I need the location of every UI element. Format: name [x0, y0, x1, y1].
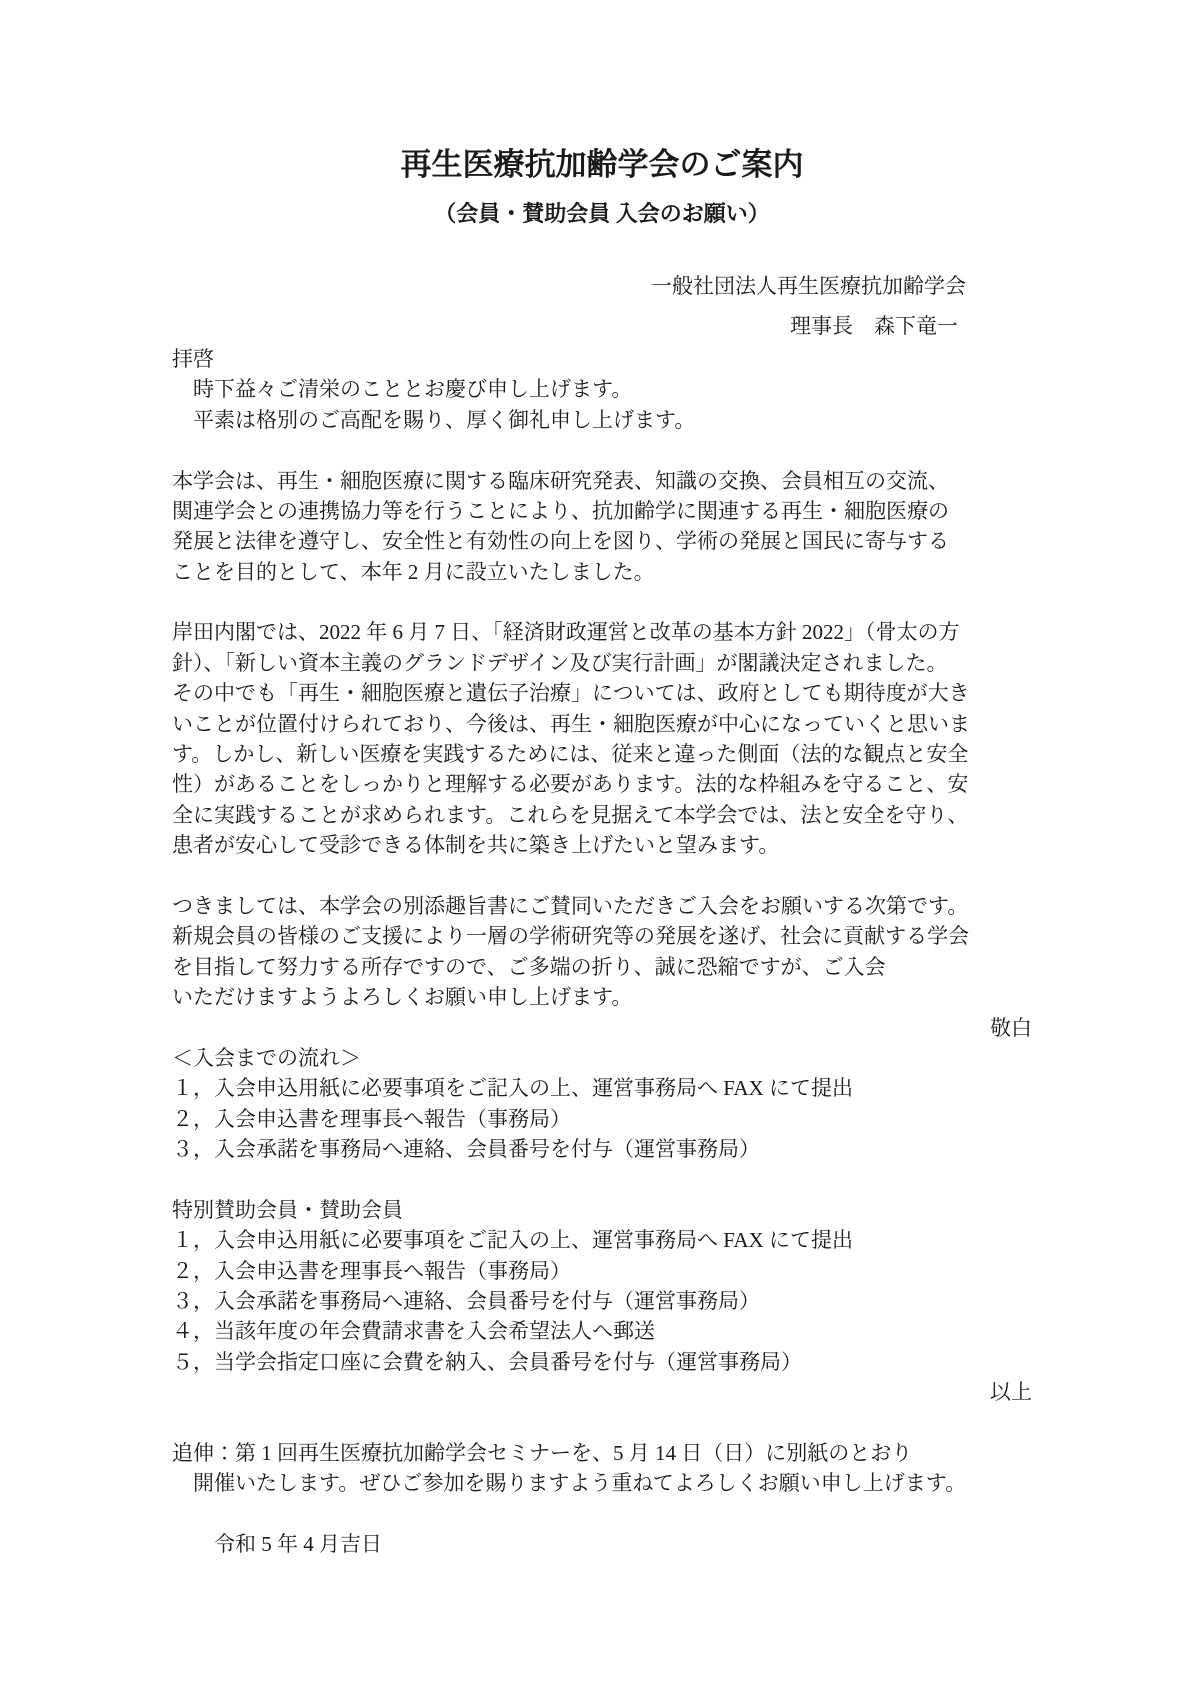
letter-line: 発展と法律を遵守し、安全性と有効性の向上を図り、学術の発展と国民に寄与する	[172, 526, 1032, 556]
letter-line: 関連学会との連携協力等を行うことにより、抗加齢学に関連する再生・細胞医療の	[172, 496, 1032, 526]
letter-line: 追伸：第 1 回再生医療抗加齢学会セミナーを、5 月 14 日（日）に別紙のとお…	[172, 1438, 1032, 1468]
letter-line: ＜入会までの流れ＞	[172, 1043, 1032, 1073]
letter-line: いことが位置付けられており、今後は、再生・細胞医療が中心になっていくと思いま	[172, 709, 1032, 739]
letter-line: ２，入会申込書を理事長へ報告（事務局）	[172, 1104, 1032, 1134]
letter-line: 特別賛助会員・賛助会員	[172, 1195, 1032, 1225]
letter-line: １，入会申込用紙に必要事項をご記入の上、運営事務局へ FAX にて提出	[172, 1073, 1032, 1103]
letter-line: 針）、「新しい資本主義のグランドデザイン及び実行計画」が閣議決定されました。	[172, 648, 1032, 678]
letter-line: 本学会は、再生・細胞医療に関する臨床研究発表、知識の交換、会員相互の交流、	[172, 466, 1032, 496]
letter-line: ことを目的として、本年 2 月に設立いたしました。	[172, 557, 1032, 587]
letter-content: 再生医療抗加齢学会のご案内 （会員・賛助会員 入会のお願い） 一般社団法人再生医…	[172, 0, 1032, 1560]
letter-line: 岸田内閣では、2022 年 6 月 7 日、「経済財政運営と改革の基本方針 20…	[172, 617, 1032, 647]
sender-organization: 一般社団法人再生医療抗加齢学会	[172, 274, 1032, 299]
letter-line: ３，入会承諾を事務局へ連絡、会員番号を付与（運営事務局）	[172, 1134, 1032, 1164]
letter-line: 平素は格別のご高配を賜り、厚く御礼申し上げます。	[172, 405, 1032, 435]
letter-line: ３，入会承諾を事務局へ連絡、会員番号を付与（運営事務局）	[172, 1286, 1032, 1316]
letter-line: す。しかし、新しい医療を実践するためには、従来と違った側面（法的な観点と安全	[172, 739, 1032, 769]
letter-line: ２，入会申込書を理事長へ報告（事務局）	[172, 1256, 1032, 1286]
document-title: 再生医療抗加齢学会のご案内	[172, 146, 1032, 183]
document-page: 再生医療抗加齢学会のご案内 （会員・賛助会員 入会のお願い） 一般社団法人再生医…	[0, 0, 1200, 1697]
letter-line	[172, 1165, 1032, 1195]
letter-line: 開催いたします。ぜひご参加を賜りますよう重ねてよろしくお願い申し上げます。	[172, 1468, 1032, 1498]
letter-line: ４，当該年度の年会費請求書を入会希望法人へ郵送	[172, 1316, 1032, 1346]
letter-line: 患者が安心して受診できる体制を共に築き上げたいと望みます。	[172, 830, 1032, 860]
letter-line: 新規会員の皆様のご支援により一層の学術研究等の発展を遂げ、社会に貢献する学会	[172, 921, 1032, 951]
letter-line: 性）があることをしっかりと理解する必要があります。法的な枠組みを守ること、安	[172, 769, 1032, 799]
letter-line: 拝啓	[172, 344, 1032, 374]
sender-chairman: 理事長 森下竜一	[172, 314, 1032, 339]
letter-line	[172, 861, 1032, 891]
letter-line: ５，当学会指定口座に会費を納入、会員番号を付与（運営事務局）	[172, 1347, 1032, 1377]
letter-line: 以上	[172, 1377, 1032, 1407]
letter-line	[172, 435, 1032, 465]
letter-line	[172, 1499, 1032, 1529]
document-subtitle: （会員・賛助会員 入会のお願い）	[172, 201, 1032, 227]
letter-line: 全に実践することが求められます。これらを見据えて本学会では、法と安全を守り、	[172, 800, 1032, 830]
letter-line: つきましては、本学会の別添趣旨書にご賛同いただきご入会をお願いする次第です。	[172, 891, 1032, 921]
letter-line: その中でも「再生・細胞医療と遺伝子治療」については、政府としても期待度が大き	[172, 678, 1032, 708]
letter-line	[172, 587, 1032, 617]
letter-line	[172, 1408, 1032, 1438]
letter-line: 令和 5 年 4 月吉日	[172, 1529, 1032, 1559]
letter-body: 拝啓 時下益々ご清栄のこととお慶び申し上げます。 平素は格別のご高配を賜り、厚く…	[172, 344, 1032, 1560]
letter-line: 時下益々ご清栄のこととお慶び申し上げます。	[172, 374, 1032, 404]
letter-line: １，入会申込用紙に必要事項をご記入の上、運営事務局へ FAX にて提出	[172, 1225, 1032, 1255]
letter-line: 敬白	[172, 1013, 1032, 1043]
letter-line: を目指して努力する所存ですので、ご多端の折り、誠に恐縮ですが、ご入会	[172, 952, 1032, 982]
letter-line: いただけますようよろしくお願い申し上げます。	[172, 982, 1032, 1012]
